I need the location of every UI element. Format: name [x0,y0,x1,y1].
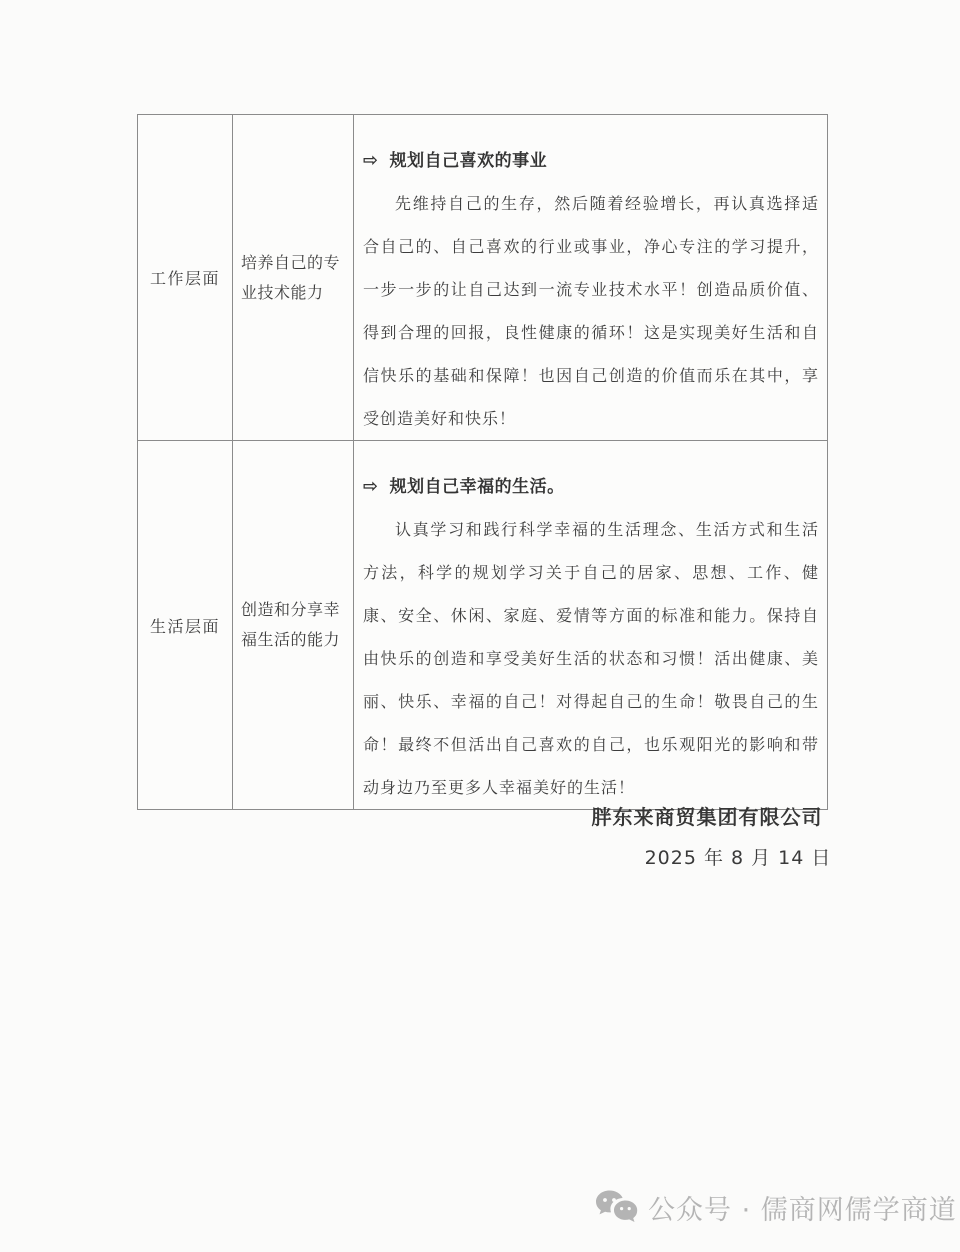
detail-cell-work: ⇨规划自己喜欢的事业 先维持自己的生存，然后随着经验增长，再认真选择适合自己的、… [354,115,828,441]
section-heading-work: ⇨规划自己喜欢的事业 [363,140,819,182]
watermark-text: 公众号 · 儒商网儒学商道 [648,1188,957,1227]
table-row-work: 工作层面 培养自己的专业技术能力 ⇨规划自己喜欢的事业 先维持自己的生存，然后随… [138,115,828,441]
ability-cell-work: 培养自己的专业技术能力 [233,115,354,441]
category-cell-life: 生活层面 [138,441,233,810]
section-heading-text: 规划自己喜欢的事业 [390,151,548,171]
signature-date: 2025 年 8 月 14 日 [528,843,948,870]
detail-cell-life: ⇨规划自己幸福的生活。 认真学习和践行科学幸福的生活理念、生活方式和生活方法，科… [354,441,828,810]
right-arrow-icon: ⇨ [363,466,379,508]
right-arrow-icon: ⇨ [363,140,379,182]
table-row-life: 生活层面 创造和分享幸福生活的能力 ⇨规划自己幸福的生活。 认真学习和践行科学幸… [138,441,828,810]
wechat-icon [595,1189,639,1227]
category-cell-work: 工作层面 [138,115,233,441]
section-heading-text: 规划自己幸福的生活。 [390,477,565,497]
planning-table: 工作层面 培养自己的专业技术能力 ⇨规划自己喜欢的事业 先维持自己的生存，然后随… [137,114,828,810]
section-heading-life: ⇨规划自己幸福的生活。 [363,466,819,508]
watermark: 公众号 · 儒商网儒学商道 [595,1188,957,1227]
section-body-work: 先维持自己的生存，然后随着经验增长，再认真选择适合自己的、自己喜欢的行业或事业，… [363,182,819,440]
ability-cell-life: 创造和分享幸福生活的能力 [233,441,354,810]
company-name: 胖东来商贸集团有限公司 [497,801,917,830]
section-body-life: 认真学习和践行科学幸福的生活理念、生活方式和生活方法，科学的规划学习关于自己的居… [363,508,819,809]
